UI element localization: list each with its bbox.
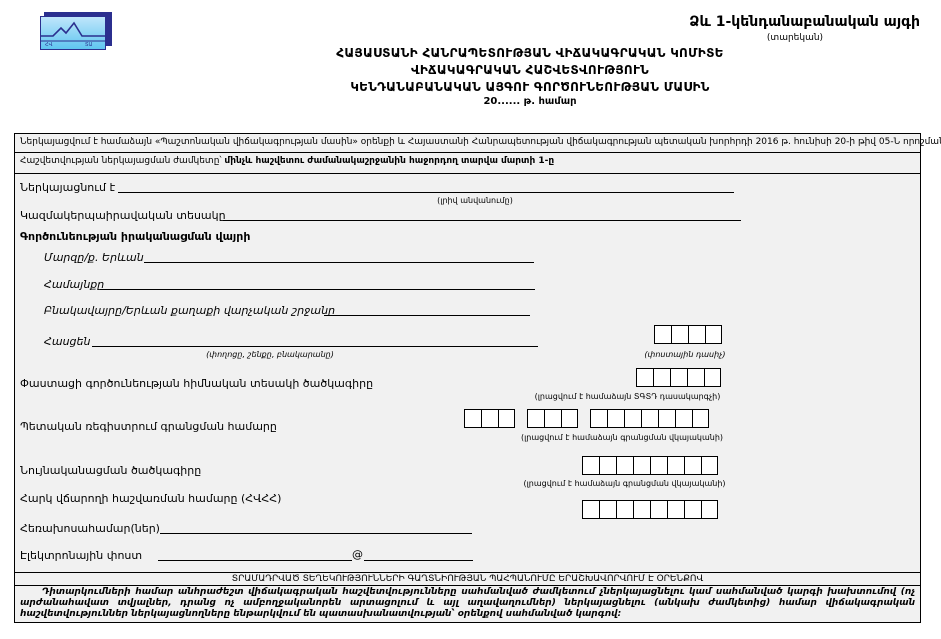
digit-box[interactable] (658, 409, 675, 428)
title-line-3: ԿԵՆԴԱՆԱԲԱՆԱԿԱՆ ԱՅԳՈՒ ԳՈՐԾՈՒՆԵՈՒԹՅԱՆ ՄԱՍԻ… (180, 80, 880, 94)
digit-box[interactable] (653, 368, 670, 387)
address-label: Հասցեն (44, 335, 91, 348)
form-period: (տարեկան) (740, 33, 850, 43)
digit-box[interactable] (633, 500, 650, 519)
settlement-label: Բնակավայրը/Երևան քաղաքի վարչական շրջանը (44, 304, 335, 317)
digit-box-group[interactable] (464, 409, 515, 428)
digit-box[interactable] (633, 456, 650, 475)
statistics-committee-logo: ՀՎ ՏԱ (40, 12, 112, 50)
digit-box[interactable] (671, 325, 688, 344)
digit-box[interactable] (667, 456, 684, 475)
digit-box-group[interactable] (527, 409, 578, 428)
community-label: Համայնքը (44, 278, 104, 291)
digit-box[interactable] (599, 500, 616, 519)
form-name: Ձև 1-կենդանաբանական այգի (640, 14, 920, 30)
digit-box[interactable] (636, 368, 653, 387)
digit-box[interactable] (582, 500, 599, 519)
state-registry-label: Պետական ռեգիստրում գրանցման համարը (20, 420, 277, 433)
digit-box[interactable] (705, 325, 722, 344)
confidentiality-statement: ՏՐԱՄԱԴՐՎԱԾ ՏԵՂԵԿՈՒԹՅՈՒՆՆԵՐԻ ԳԱՂՏՆԻՈՒԹՅԱՆ… (14, 574, 921, 584)
digit-box[interactable] (704, 368, 721, 387)
email-domain-input[interactable] (364, 560, 473, 561)
tax-id-boxes[interactable] (582, 500, 718, 519)
presenter-hint: (լրիվ անվանումը) (380, 196, 570, 205)
digit-box[interactable] (616, 500, 633, 519)
legal-basis: Ներկայացվում է համաձայն «Պաշտոնական վիճա… (20, 137, 941, 147)
email-label: Էլեկտրոնային փոստ (20, 549, 142, 562)
phone-label: Հեռախոսահամար(ներ) (20, 522, 160, 535)
region-label: Մարզը/ք. Երևան (44, 251, 144, 264)
logo-mountain-icon: ՀՎ ՏԱ (40, 16, 106, 50)
digit-box[interactable] (607, 409, 624, 428)
digit-box[interactable] (688, 325, 705, 344)
digit-box[interactable] (687, 368, 704, 387)
address-hint: (փողոցը, շենքը, բնակարանը) (190, 350, 350, 359)
identification-code-boxes[interactable] (582, 456, 718, 475)
report-year: 20...... թ. համար (180, 96, 880, 107)
title-line-1: ՀԱՅԱՍՏԱՆԻ ՀԱՆՐԱՊԵՏՈՒԹՅԱՆ ՎԻՃԱԿԱԳՐԱԿԱՆ ԿՈ… (180, 46, 880, 60)
location-heading: Գործունեության իրականացման վայրի (20, 230, 250, 243)
digit-box[interactable] (675, 409, 692, 428)
digit-box[interactable] (590, 409, 607, 428)
state-registry-hint: (լրացվում է համաձայն գրանցման վկայականի) (512, 433, 732, 442)
digit-box[interactable] (561, 409, 578, 428)
presenter-label: Ներկայացնում է (20, 181, 115, 194)
digit-box[interactable] (667, 500, 684, 519)
community-input[interactable] (100, 289, 535, 290)
address-input[interactable] (92, 346, 538, 347)
liability-notice: Դիտարկումների համար անհրաժեշտ վիճակագրակ… (20, 587, 915, 620)
activity-code-hint: (լրացվում է համաձայն ՏԳՏԴ դասակարգչի) (525, 392, 730, 401)
digit-box-group[interactable] (590, 409, 709, 428)
divider (14, 152, 921, 153)
legal-form-input[interactable] (223, 220, 741, 221)
deadline-value: մինչև հաշվետու ժամանակաշրջանին հաջորդող … (224, 156, 554, 166)
tax-id-label: Հարկ վճարողի հաշվառման համարը (ՀՎՀՀ) (20, 492, 281, 505)
digit-box[interactable] (684, 500, 701, 519)
digit-box[interactable] (599, 456, 616, 475)
region-input[interactable] (144, 262, 534, 263)
divider (14, 173, 921, 174)
digit-box[interactable] (616, 456, 633, 475)
divider (14, 572, 921, 573)
title-line-2: ՎԻՃԱԿԱԳՐԱԿԱՆ ՀԱՇՎԵՏՎՈՒԹՅՈՒՆ (180, 63, 880, 77)
digit-box[interactable] (692, 409, 709, 428)
digit-box[interactable] (464, 409, 481, 428)
identification-code-label: Նույնականացման ծածկագիրը (20, 464, 201, 477)
digit-box[interactable] (641, 409, 658, 428)
digit-box[interactable] (670, 368, 687, 387)
digit-box[interactable] (498, 409, 515, 428)
identification-code-hint: (լրացվում է համաձայն գրանցման վկայականի) (517, 479, 732, 488)
digit-box[interactable] (582, 456, 599, 475)
digit-box[interactable] (701, 456, 718, 475)
settlement-input[interactable] (324, 315, 530, 316)
digit-box[interactable] (650, 456, 667, 475)
digit-box[interactable] (701, 500, 718, 519)
deadline: Հաշվետվության ներկայացման ժամկետը՝ մինչև… (20, 156, 554, 166)
digit-box[interactable] (650, 500, 667, 519)
postal-code-boxes[interactable] (654, 325, 722, 344)
digit-box[interactable] (684, 456, 701, 475)
email-user-input[interactable] (158, 560, 352, 561)
email-at-sign: @ (352, 548, 363, 561)
state-registry-boxes[interactable] (464, 409, 709, 428)
divider (14, 585, 921, 586)
digit-box[interactable] (544, 409, 561, 428)
digit-box[interactable] (527, 409, 544, 428)
legal-form-label: Կազմակերպաիրավական տեսակը (20, 209, 226, 222)
digit-box[interactable] (654, 325, 671, 344)
activity-code-label: Փաստացի գործունեության հիմնական տեսակի ծ… (20, 377, 373, 390)
presenter-input[interactable] (118, 192, 734, 193)
digit-box[interactable] (481, 409, 498, 428)
activity-code-boxes[interactable] (636, 368, 721, 387)
deadline-label: Հաշվետվության ներկայացման ժամկետը՝ (20, 156, 224, 166)
postal-code-hint: (փոստային դասիչ) (630, 350, 740, 359)
digit-box[interactable] (624, 409, 641, 428)
phone-input[interactable] (160, 533, 472, 534)
